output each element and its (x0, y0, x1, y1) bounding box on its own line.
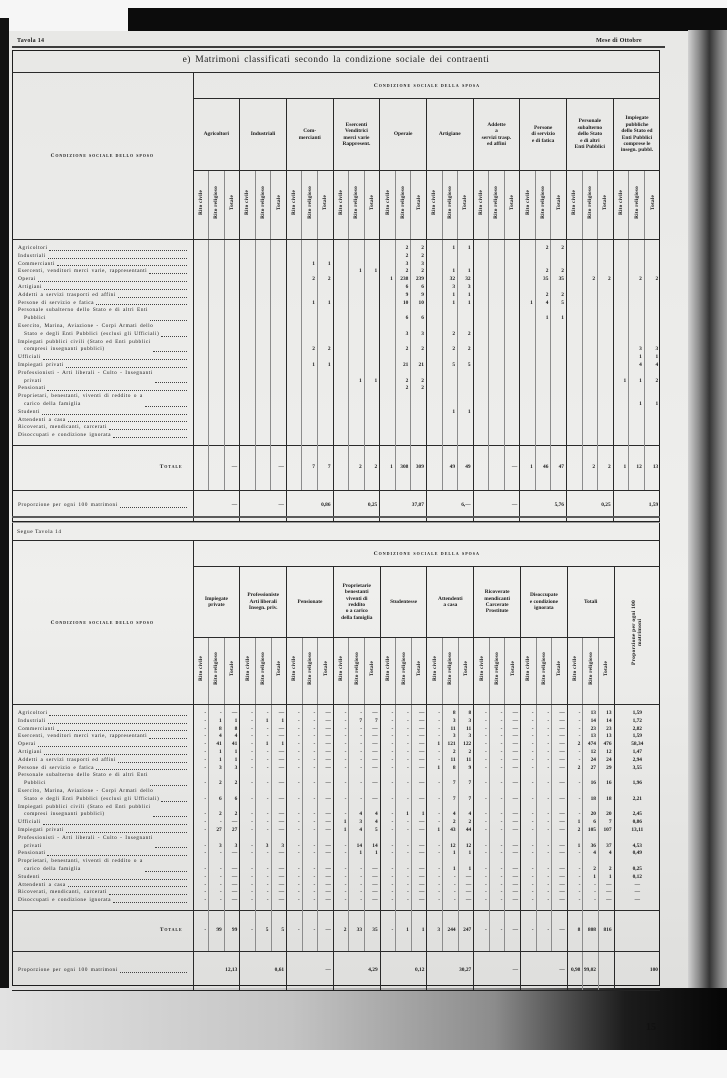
table-cell (551, 424, 567, 432)
table-cell: 1 (318, 300, 334, 308)
table-cell: 1 (442, 409, 458, 417)
table-cell (271, 362, 287, 370)
subcolumn-header: Rito civile (567, 171, 583, 240)
subcolumn-text: Totale (510, 661, 516, 676)
table-cell: 12 (598, 749, 614, 757)
row-label-text: Impiegati pubblici civili (Stato ed Enti… (18, 804, 151, 820)
subcolumn-header: Rito civile (193, 638, 209, 705)
table-cell: - (240, 726, 256, 734)
totale-cell: — (504, 445, 520, 490)
row-label-text: Industriali (18, 253, 46, 261)
totale-cell: — (318, 910, 334, 951)
table-cell: - (427, 710, 443, 718)
row-label: Esercenti, venditori merci varie, rappre… (12, 268, 193, 276)
table-cell: — (318, 889, 334, 897)
table-cell (504, 424, 520, 432)
table-cell: 0,86 (614, 819, 660, 827)
table-cell: - (255, 788, 271, 804)
table-cell (520, 393, 536, 409)
table-cell: - (193, 765, 209, 773)
table-cell: - (380, 741, 396, 749)
table-cell: — (552, 804, 568, 820)
table-cell (489, 276, 505, 284)
proportion-column-header: Proporzione per ogni 100 matrimoni (614, 567, 660, 705)
table-cell: 41 (209, 741, 225, 749)
table-cell (286, 424, 302, 432)
table-cell: 43 (443, 827, 459, 835)
table-cell: - (333, 889, 349, 897)
table-cell (582, 268, 598, 276)
table-cell (567, 362, 583, 370)
table-cell (535, 393, 551, 409)
table-cell: 1 (567, 835, 583, 851)
table-cell: - (489, 726, 505, 734)
table-cell: - (489, 889, 505, 897)
table-cell: - (287, 889, 303, 897)
table-cell (380, 409, 396, 417)
table-cell: 1 (396, 804, 412, 820)
row-label-text: Proprietari, benestanti, viventi di redd… (18, 858, 143, 874)
subcolumn-text: Rito civile (385, 190, 391, 215)
row-label-text: Persone di servizio e fatica (18, 765, 94, 773)
table-cell (567, 432, 583, 440)
table-cell (458, 417, 474, 425)
table-cell: - (380, 804, 396, 820)
table-cell: - (240, 858, 256, 874)
table-number: Tavola 14 (17, 38, 44, 44)
dot-leader (150, 784, 187, 786)
table-cell: — (271, 827, 287, 835)
table-cell (380, 245, 396, 253)
table-cell: 1 (364, 370, 380, 386)
table-cell (644, 307, 660, 323)
table-cell (364, 354, 380, 362)
table-cell (364, 417, 380, 425)
row-label: Esercito, Marina, Aviazione - Corpi Arma… (12, 788, 193, 804)
subcolumn-header: Rito religioso (395, 171, 411, 240)
table-cell: — (598, 897, 614, 905)
dot-leader (96, 303, 186, 305)
row-label-wrap: Personale subalterno dello Stato e di al… (18, 772, 189, 788)
table-cell: — (614, 897, 660, 905)
table-cell: 7 (365, 718, 381, 726)
table-cell: - (333, 710, 349, 718)
table-cell: 2 (443, 749, 459, 757)
table-cell (598, 245, 614, 253)
table-cell: - (240, 765, 256, 773)
table-cell: 2,21 (614, 788, 660, 804)
table-cell (613, 417, 629, 425)
table-cell (535, 339, 551, 355)
table-cell (255, 245, 271, 253)
table-cell (598, 432, 614, 440)
table-cell: — (411, 874, 427, 882)
table-cell: - (209, 819, 225, 827)
table-cell (489, 417, 505, 425)
table-cell (224, 307, 240, 323)
table-cell (224, 385, 240, 393)
subcolumn-text: Totale (556, 661, 562, 676)
table-cell (271, 432, 287, 440)
table-body: Agricoltori221122Industriali22Commercian… (12, 240, 660, 522)
proportion-cell: 100 (614, 951, 660, 990)
subcolumn-text: Totale (416, 195, 422, 210)
table-cell (286, 409, 302, 417)
table-cell: - (302, 733, 318, 741)
column-group-header: Impiegate pubbliche dello Stato ed Enti … (613, 99, 660, 171)
table-cell: - (427, 882, 443, 890)
table-cell: - (427, 749, 443, 757)
totale-cell: 99 (209, 910, 225, 951)
table-cell: 12 (443, 835, 459, 851)
totale-cell: 49 (458, 445, 474, 490)
table-cell (193, 339, 209, 355)
table-cell: - (255, 726, 271, 734)
table-cell (333, 253, 349, 261)
table-cell (489, 432, 505, 440)
table-cell (598, 300, 614, 308)
table-cell (504, 292, 520, 300)
table-cell: - (193, 897, 209, 905)
table-cell (613, 292, 629, 300)
table-cell: — (318, 726, 334, 734)
table-cell: 5 (551, 300, 567, 308)
table-cell (582, 307, 598, 323)
table-cell: — (271, 765, 287, 773)
table-cell (349, 323, 365, 339)
table-cell (209, 323, 225, 339)
table-cell (380, 354, 396, 362)
table-cell (364, 393, 380, 409)
table-cell: — (271, 726, 287, 734)
dot-leader (161, 800, 186, 802)
table-cell: - (333, 765, 349, 773)
row-label-text: Professionisti - Arti liberali - Culto -… (18, 370, 153, 386)
table-cell (224, 300, 240, 308)
table-cell (426, 300, 442, 308)
table-row: Proprietari, benestanti, viventi di redd… (12, 393, 660, 409)
table-cell (442, 370, 458, 386)
dot-leader (161, 335, 186, 337)
table-cell: 35 (551, 276, 567, 284)
table-row: Esercito, Marina, Aviazione - Corpi Arma… (12, 323, 660, 339)
table-cell (442, 393, 458, 409)
table-cell (193, 245, 209, 253)
table-cell: - (396, 757, 412, 765)
table-cell: 29 (598, 765, 614, 773)
table-cell: 1 (302, 261, 318, 269)
table-cell: - (521, 889, 537, 897)
table-cell (489, 385, 505, 393)
table-cell: - (193, 858, 209, 874)
table-cell: - (287, 858, 303, 874)
subcolumn-text: Rito civile (525, 656, 531, 681)
table-cell: - (536, 726, 552, 734)
table-cell (442, 424, 458, 432)
table-cell: - (380, 788, 396, 804)
table-cell: — (505, 819, 521, 827)
row-label-text: Ricoverati, mendicanti, carcerati (18, 889, 107, 897)
table-cell (318, 385, 334, 393)
table-cell (349, 393, 365, 409)
table-cell: - (287, 733, 303, 741)
table-cell (613, 253, 629, 261)
row-label-text: Personale subalterno dello Stato e di al… (18, 772, 148, 788)
row-label-text: Proprietari, benestanti, viventi di redd… (18, 393, 143, 409)
table-cell: 3 (442, 284, 458, 292)
row-label: Agricoltori (12, 245, 193, 253)
table-cell (613, 339, 629, 355)
table-cell (286, 370, 302, 386)
totale-cell: - (240, 910, 256, 951)
table-cell: — (505, 858, 521, 874)
table-cell (520, 292, 536, 300)
table-cell: 1 (364, 268, 380, 276)
table-cell: - (536, 858, 552, 874)
table-cell: - (396, 718, 412, 726)
table-cell: 20 (583, 804, 599, 820)
table-cell (209, 307, 225, 323)
table-cell (551, 409, 567, 417)
table-cell: - (567, 726, 583, 734)
table-cell: - (474, 827, 490, 835)
table-cell (629, 417, 645, 425)
table-cell (255, 385, 271, 393)
table-cell (473, 393, 489, 409)
table-cell (489, 245, 505, 253)
table-cell: — (505, 757, 521, 765)
row-label: Persone di servizio e fatica (12, 765, 193, 773)
table-cell (598, 292, 614, 300)
table-cell: - (443, 874, 459, 882)
totale-cell: - (302, 910, 318, 951)
table-cell: — (458, 882, 474, 890)
table-cell: — (365, 788, 381, 804)
row-label: Artigiani (12, 749, 193, 757)
table-cell (567, 245, 583, 253)
table-cell: 6 (411, 307, 427, 323)
table-cell (286, 245, 302, 253)
table-cell: 2 (411, 245, 427, 253)
table-cell: — (411, 788, 427, 804)
table-cell (426, 245, 442, 253)
table-cell: - (396, 835, 412, 851)
table-cell: — (318, 827, 334, 835)
table-cell: 7 (443, 788, 459, 804)
totale-cell: - (474, 910, 490, 951)
table-cell: — (271, 889, 287, 897)
table-cell (349, 424, 365, 432)
table-cell: - (193, 804, 209, 820)
dot-leader (38, 280, 187, 282)
table-cell: 2 (395, 245, 411, 253)
table-cell: - (333, 882, 349, 890)
table-cell: — (411, 835, 427, 851)
table-cell (551, 432, 567, 440)
table-cell: — (458, 874, 474, 882)
table-row: Agricoltori--—--—--—--—--—-88--—--—-1313… (12, 710, 660, 718)
table-cell (458, 385, 474, 393)
table-cell: 4 (443, 804, 459, 820)
table-cell: - (380, 835, 396, 851)
table-row: Artigiani-11--—--—--—--—-22--—--—-12121,… (12, 749, 660, 757)
table-cell (286, 417, 302, 425)
table-cell (551, 393, 567, 409)
table-row: Addetti a servizi trasporti ed affini991… (12, 292, 660, 300)
subcolumn-header: Totale (552, 638, 568, 705)
table-cell (240, 261, 256, 269)
table-cell (286, 307, 302, 323)
table-cell (598, 409, 614, 417)
table-cell: 32 (442, 276, 458, 284)
table-cell: 6 (209, 788, 225, 804)
table-cell: — (505, 788, 521, 804)
table-cell (489, 339, 505, 355)
table-cell (567, 261, 583, 269)
row-label: Attendenti a casa (12, 417, 193, 425)
table-row: Professionisti - Arti liberali - Culto -… (12, 370, 660, 386)
table-cell: — (271, 858, 287, 874)
table-row: Esercenti, venditori merci varie, rappre… (12, 268, 660, 276)
table-cell: - (536, 757, 552, 765)
table-cell (504, 354, 520, 362)
totale-cell (193, 445, 209, 490)
table-cell: — (318, 741, 334, 749)
table-cell (302, 432, 318, 440)
table-cell (520, 385, 536, 393)
row-header-label: Condizione sociale dello sposo (12, 541, 193, 705)
table-cell (271, 268, 287, 276)
table-cell: - (521, 741, 537, 749)
table-cell: — (365, 897, 381, 905)
row-label-wrap: Personale subalterno dello Stato e di al… (18, 307, 189, 323)
table-cell: - (521, 804, 537, 820)
table-cell: — (224, 897, 240, 905)
table-cell (582, 292, 598, 300)
table-cell: 2 (629, 276, 645, 284)
row-label: Disoccupati e condizione ignorata (12, 432, 193, 440)
table-cell: - (396, 858, 412, 874)
table-cell: — (411, 765, 427, 773)
table-cell: 6 (411, 284, 427, 292)
table-cell: — (505, 741, 521, 749)
table-cell: — (318, 710, 334, 718)
row-label: Professionisti - Arti liberali - Culto -… (12, 835, 193, 851)
subcolumn-header: Rito religioso (489, 638, 505, 705)
table-cell: 3 (411, 261, 427, 269)
table-cell (302, 245, 318, 253)
table-cell (224, 268, 240, 276)
table-cell: 3 (458, 718, 474, 726)
table-cell: - (443, 889, 459, 897)
table-cell (644, 424, 660, 432)
table-cell: - (536, 718, 552, 726)
table-cell: - (396, 897, 412, 905)
table-cell (489, 253, 505, 261)
table-cell (411, 432, 427, 440)
table-cell: - (255, 757, 271, 765)
subcolumn-text: Totale (322, 195, 328, 210)
table-cell (629, 253, 645, 261)
row-label-text: Agricoltori (18, 245, 47, 253)
dot-leader (145, 870, 187, 872)
subcolumn-header: Rito civile (427, 638, 443, 705)
table-cell (411, 424, 427, 432)
table-cell: - (474, 749, 490, 757)
table-cell: 1 (318, 362, 334, 370)
table-cell: - (567, 882, 583, 890)
totale-cell: 47 (551, 445, 567, 490)
table-row: Studenti11 (12, 409, 660, 417)
table-cell: 1 (365, 850, 381, 858)
dot-leader (109, 893, 187, 895)
table-cell: 2 (567, 765, 583, 773)
table-cell (644, 292, 660, 300)
table-cell: 2 (302, 339, 318, 355)
table-cell: - (255, 733, 271, 741)
table-cell (629, 268, 645, 276)
table-cell (395, 417, 411, 425)
table-cell: - (489, 718, 505, 726)
table-cell: - (474, 772, 490, 788)
table-cell: 1 (427, 765, 443, 773)
table-cell: - (193, 741, 209, 749)
table-cell (349, 432, 365, 440)
row-label: Industriali (12, 718, 193, 726)
table-cell (598, 261, 614, 269)
table-cell: 2 (411, 253, 427, 261)
table-cell (473, 385, 489, 393)
table-cell (286, 362, 302, 370)
table-cell: 3 (271, 835, 287, 851)
table-cell: - (536, 827, 552, 835)
column-group-header: Operaie (380, 99, 427, 171)
table-cell: 1 (583, 874, 599, 882)
table-cell: - (255, 827, 271, 835)
table-cell: - (521, 788, 537, 804)
table-cell: - (396, 850, 412, 858)
table-cell (193, 432, 209, 440)
table-cell (193, 417, 209, 425)
table-cell: - (521, 726, 537, 734)
table-cell (520, 323, 536, 339)
table-cell (598, 424, 614, 432)
dot-leader (44, 288, 187, 290)
table-cell: — (365, 874, 381, 882)
row-label-text: Commercianti (18, 726, 55, 734)
subcolumn-header: Totale (318, 171, 334, 240)
table-cell: 41 (224, 741, 240, 749)
table-row: Personale subalterno dello Stato e di al… (12, 772, 660, 788)
subcolumn-header: Rito civile (333, 638, 349, 705)
table-cell (224, 417, 240, 425)
table-cell: - (287, 757, 303, 765)
table-cell: - (333, 788, 349, 804)
table-row: Commercianti-88--—--—--—--—-1111--—--—-2… (12, 726, 660, 734)
subcolumn-text: Rito religioso (307, 186, 313, 219)
row-label-wrap: Artigiani (18, 749, 189, 757)
table-cell (380, 300, 396, 308)
table-cell (318, 409, 334, 417)
table-cell: 1 (427, 741, 443, 749)
table-cell (567, 307, 583, 323)
table-cell: 2 (551, 268, 567, 276)
dot-leader (57, 729, 187, 731)
table-cell: - (240, 889, 256, 897)
table-cell: 4 (458, 804, 474, 820)
table-cell (318, 393, 334, 409)
table-cell: 1 (520, 300, 536, 308)
